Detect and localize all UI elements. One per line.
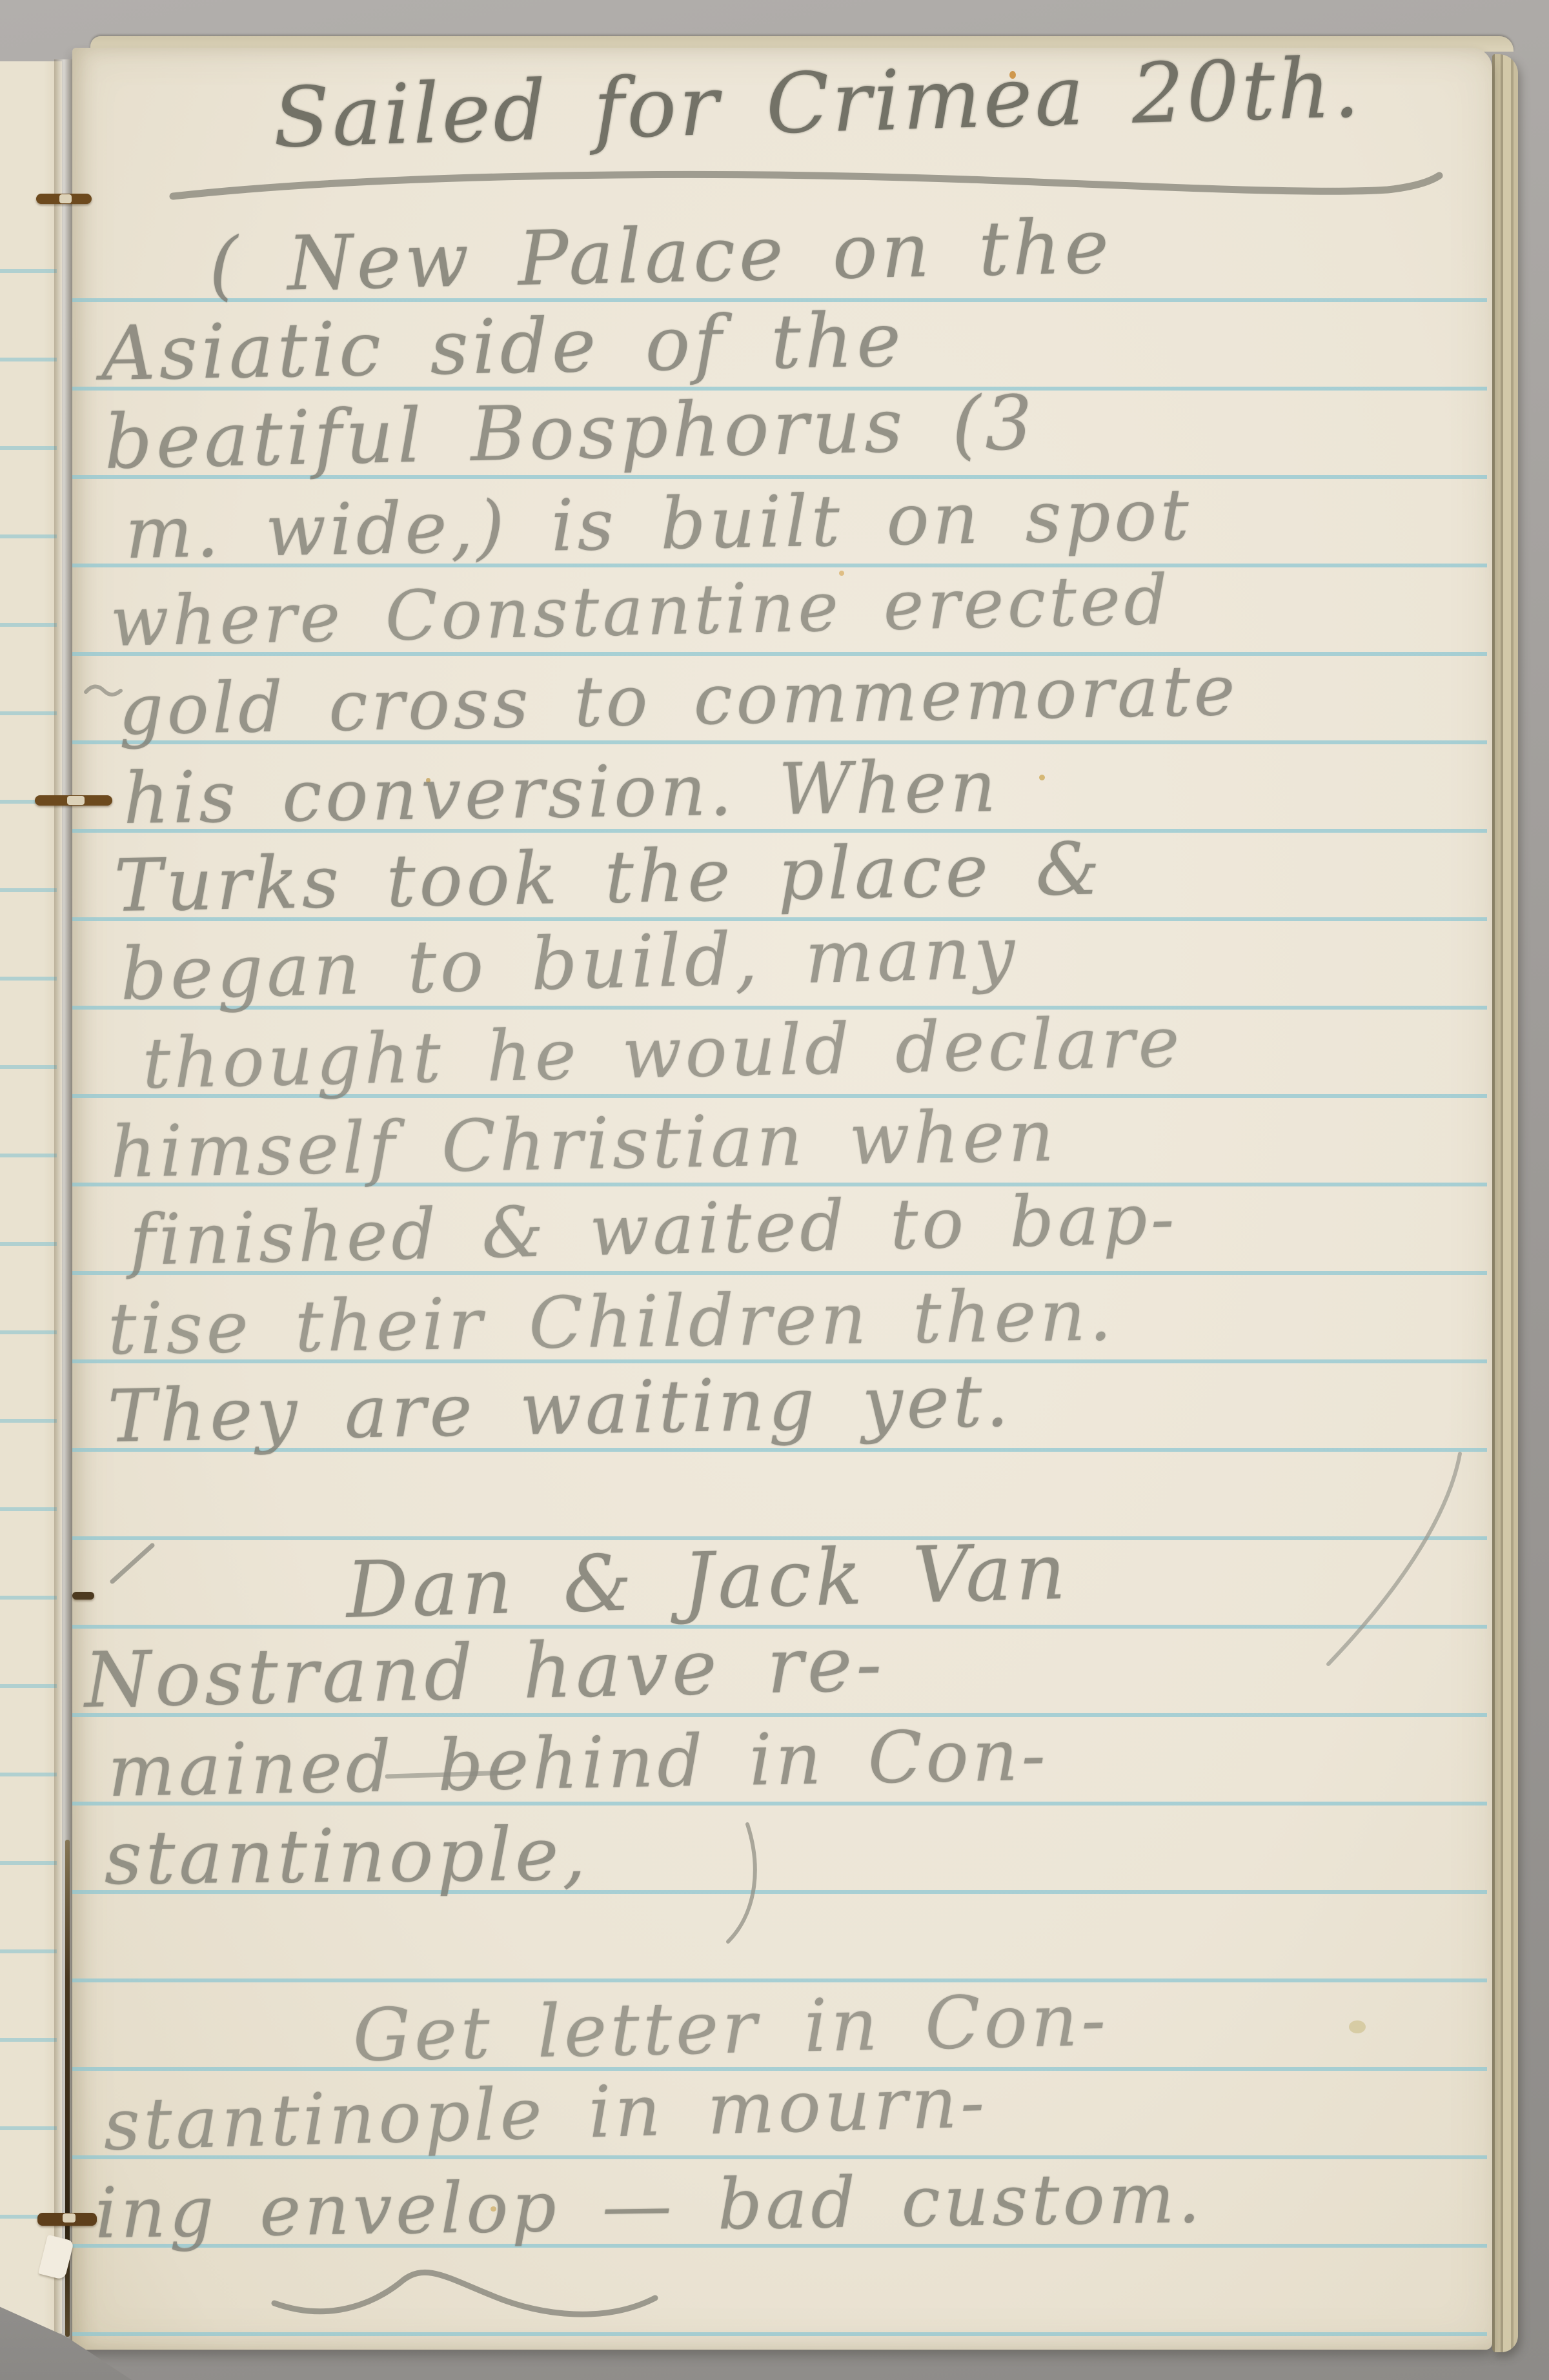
handwriting-line: mained behind in Con-: [107, 1720, 1049, 1807]
handwriting-line: Nostrand have re-: [84, 1625, 887, 1718]
thread-icon: [63, 2213, 76, 2222]
binding-stitch: [72, 1592, 94, 1600]
handwriting-line: Dan & Jack Van: [345, 1534, 1070, 1630]
handwriting-line: himself Christian when: [110, 1100, 1058, 1188]
handwriting-line: stantinople in mourn-: [103, 2066, 989, 2161]
handwriting-line: ing envelop — bad custom.: [94, 2164, 1204, 2249]
facing-page-ruled-lines: [0, 185, 57, 2295]
facing-page-strip: [0, 61, 62, 2334]
thread-icon: [59, 194, 72, 203]
paper-speck: [1349, 2020, 1366, 2033]
handwriting-line: thought he would declare: [142, 1008, 1184, 1099]
handwriting-line: They are waiting yet.: [107, 1365, 1013, 1453]
paper-speck: [1039, 775, 1045, 780]
handwriting-line: stantinople,: [104, 1817, 590, 1895]
handwriting-line: tise their Children then.: [107, 1279, 1115, 1365]
notebook-photo: Sailed for Crimea 20th. ( New Palace on …: [0, 0, 1549, 2380]
handwriting-line: Asiatic side of the: [101, 303, 906, 392]
handwriting-line: gold cross to commemorate: [118, 656, 1239, 746]
binding-stitch: [36, 194, 92, 204]
handwriting-line: m. wide,) is built on spot: [125, 479, 1193, 569]
handwriting-line: beatiful Bosphorus (3: [104, 386, 1037, 480]
handwriting-line: Turks took the place &: [114, 833, 1104, 922]
thread-icon: [67, 796, 84, 805]
binding-stitch: [37, 2213, 97, 2226]
handwriting-line: began to build, many: [119, 917, 1019, 1011]
handwriting-line: Get letter in Con-: [352, 1984, 1110, 2072]
handwriting-line: ( New Palace on the: [208, 210, 1113, 303]
handwriting-line: finished & waited to bap-: [129, 1185, 1179, 1276]
under-page-right-edges: [1492, 54, 1518, 2352]
handwriting-line: his conversion. When: [123, 751, 1000, 834]
binding-stitch: [35, 795, 112, 806]
